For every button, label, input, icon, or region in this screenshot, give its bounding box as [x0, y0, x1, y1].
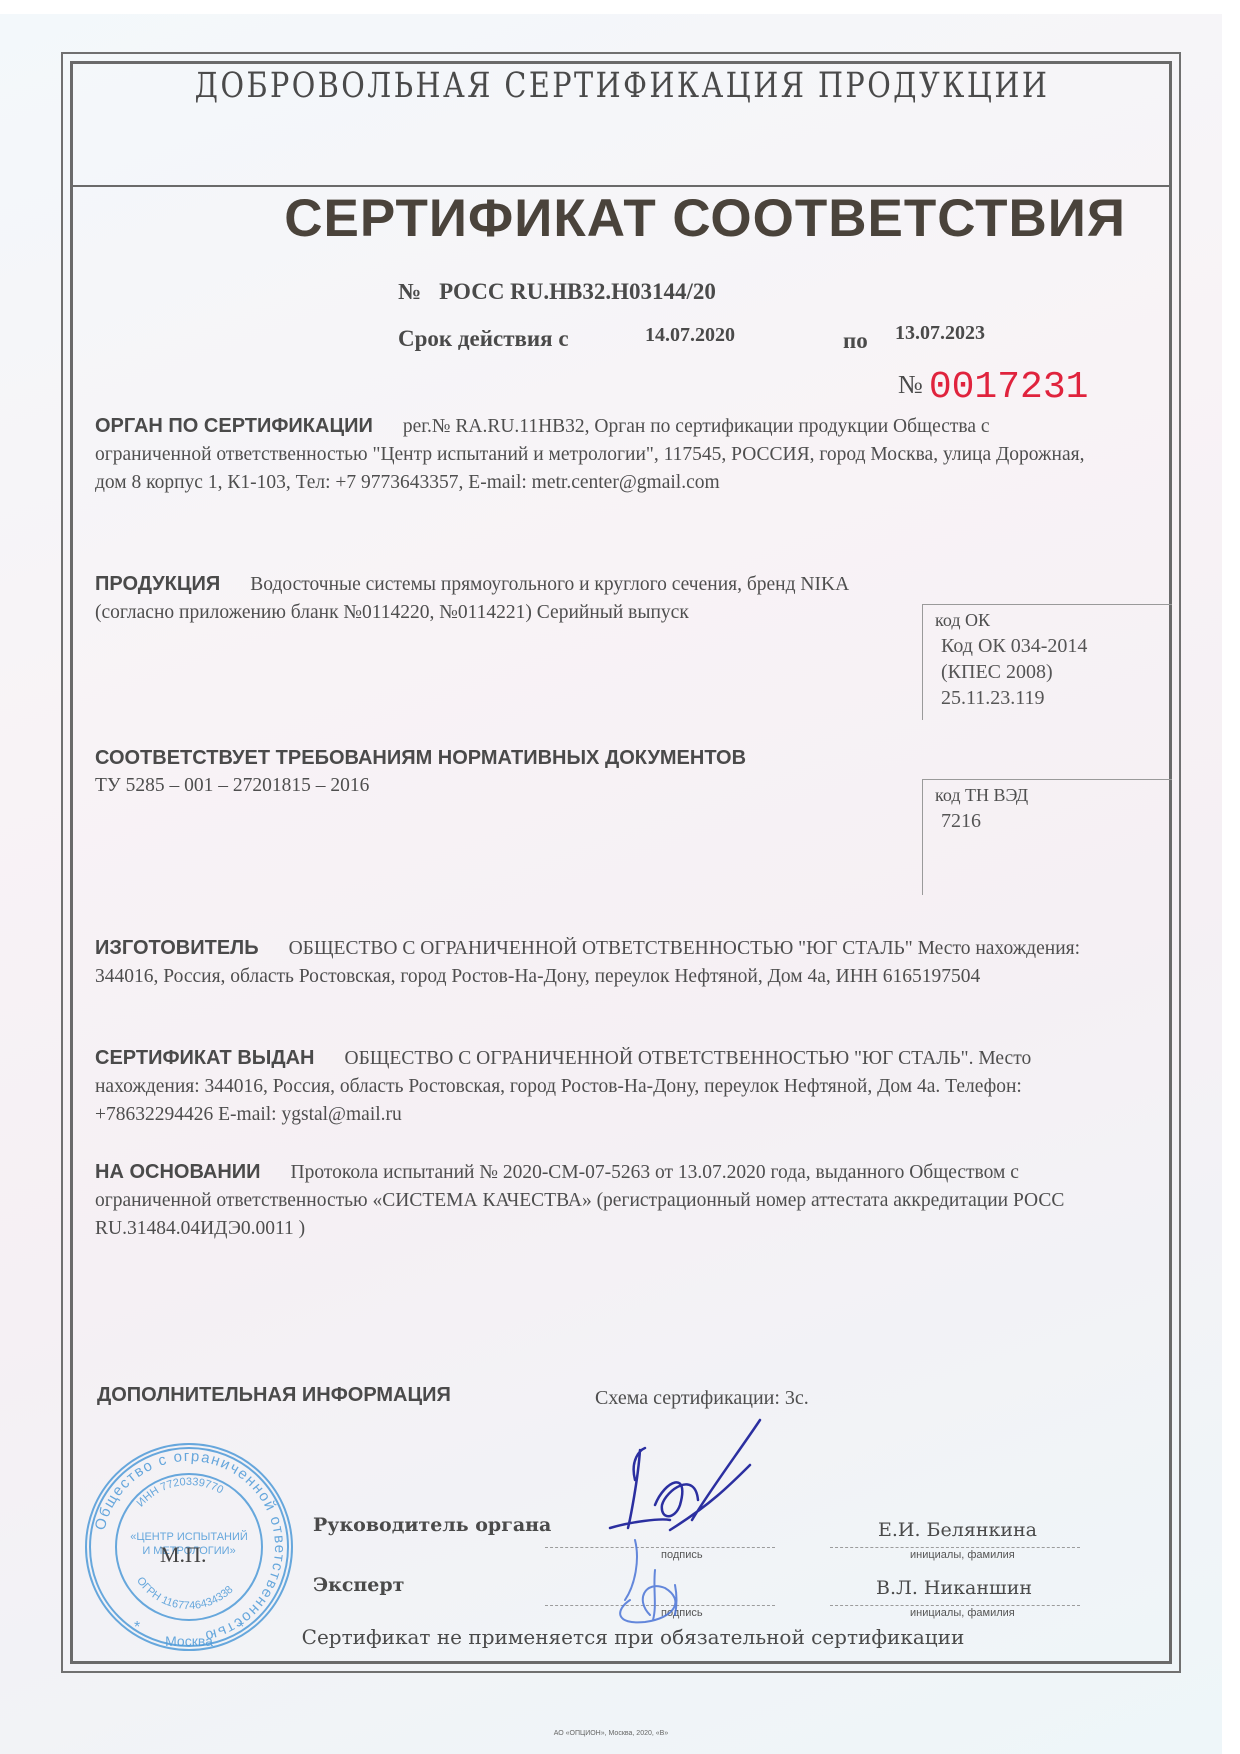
- expert-role: Эксперт: [313, 1574, 404, 1596]
- head-of-body-role: Руководитель органа: [313, 1514, 551, 1536]
- code-tn-ved-box: код ТН ВЭД 7216: [922, 779, 1172, 895]
- number-symbol: №: [398, 279, 421, 304]
- form-number-value: 0017231: [929, 366, 1089, 409]
- registration-number-value: РОСС RU.НВ32.Н03144/20: [439, 279, 716, 304]
- code-tn-ved-value: 7216: [935, 808, 1172, 834]
- header-separator: [72, 185, 1172, 187]
- code-ok-line: 25.11.23.119: [935, 685, 1172, 711]
- manufacturer-section: ИЗГОТОВИТЕЛЬОБЩЕСТВО С ОГРАНИЧЕННОЙ ОТВЕ…: [95, 934, 1105, 991]
- stamp-inn-text: ИНН 7720339770: [135, 1476, 226, 1509]
- seal-place-label: М.П.: [160, 1542, 206, 1568]
- registration-number: №РОСС RU.НВ32.Н03144/20: [398, 279, 716, 305]
- basis-section: НА ОСНОВАНИИПротокола испытаний № 2020-С…: [95, 1158, 1105, 1243]
- footer-note: Сертификат не применяется при обязательн…: [72, 1625, 1172, 1649]
- product-label: ПРОДУКЦИЯ: [95, 573, 220, 595]
- issued-to-section: СЕРТИФИКАТ ВЫДАНОБЩЕСТВО С ОГРАНИЧЕННОЙ …: [95, 1044, 1105, 1129]
- product-section: ПРОДУКЦИЯВодосточные системы прямоугольн…: [95, 570, 895, 627]
- printer-imprint: АО «ОПЦИОН», Москва, 2020, «В»: [0, 1730, 1222, 1737]
- certification-body-section: ОРГАН ПО СЕРТИФИКАЦИИрег.№ RA.RU.11НВ32,…: [95, 412, 1105, 497]
- conforms-label: СООТВЕТСТВУЕТ ТРЕБОВАНИЯМ НОРМАТИВНЫХ ДО…: [95, 744, 925, 772]
- issued-to-label: СЕРТИФИКАТ ВЫДАН: [95, 1047, 314, 1069]
- validity-to-date: 13.07.2023: [895, 322, 985, 345]
- expert-name-caption: инициалы, фамилия: [910, 1607, 1015, 1619]
- head-name-caption: инициалы, фамилия: [910, 1549, 1015, 1561]
- validity-to-label: по: [843, 328, 868, 354]
- head-name: Е.И. Белянкина: [878, 1519, 1037, 1541]
- certificate-title: СЕРТИФИКАТ СООТВЕТСТВИЯ: [72, 188, 1172, 249]
- additional-info-label: ДОПОЛНИТЕЛЬНАЯ ИНФОРМАЦИЯ: [97, 1384, 451, 1407]
- expert-name: В.Л. Никаншин: [876, 1577, 1032, 1599]
- expert-signature: [605, 1530, 725, 1630]
- code-ok-line: (КПЕС 2008): [935, 659, 1172, 685]
- conforms-section: СООТВЕТСТВУЕТ ТРЕБОВАНИЯМ НОРМАТИВНЫХ ДО…: [95, 744, 925, 800]
- manufacturer-label: ИЗГОТОВИТЕЛЬ: [95, 937, 259, 959]
- certification-body-label: ОРГАН ПО СЕРТИФИКАЦИИ: [95, 415, 373, 437]
- expert-name-line: [830, 1605, 1080, 1606]
- form-number-symbol: №: [898, 370, 923, 399]
- code-ok-label: код ОК: [935, 605, 1172, 633]
- conforms-text: ТУ 5285 – 001 – 27201815 – 2016: [95, 775, 369, 796]
- stamp-ogrn-text: ОГРН 1167746434338: [134, 1575, 235, 1612]
- code-tn-ved-label: код ТН ВЭД: [935, 780, 1172, 808]
- head-name-line: [830, 1547, 1080, 1548]
- validity-from-date: 14.07.2020: [645, 324, 735, 347]
- voluntary-certification-header: ДОБРОВОЛЬНАЯ СЕРТИФИКАЦИЯ ПРОДУКЦИИ: [171, 66, 1073, 106]
- basis-label: НА ОСНОВАНИИ: [95, 1161, 261, 1183]
- code-ok-line: Код ОК 034-2014: [935, 633, 1172, 659]
- validity-label: Срок действия с: [398, 326, 569, 352]
- head-signature: [600, 1410, 800, 1550]
- code-ok-box: код ОК Код ОК 034-2014 (КПЕС 2008) 25.11…: [922, 604, 1172, 720]
- form-serial-number: №0017231: [898, 363, 1088, 409]
- additional-info-text: Схема сертификации: 3с.: [595, 1387, 809, 1410]
